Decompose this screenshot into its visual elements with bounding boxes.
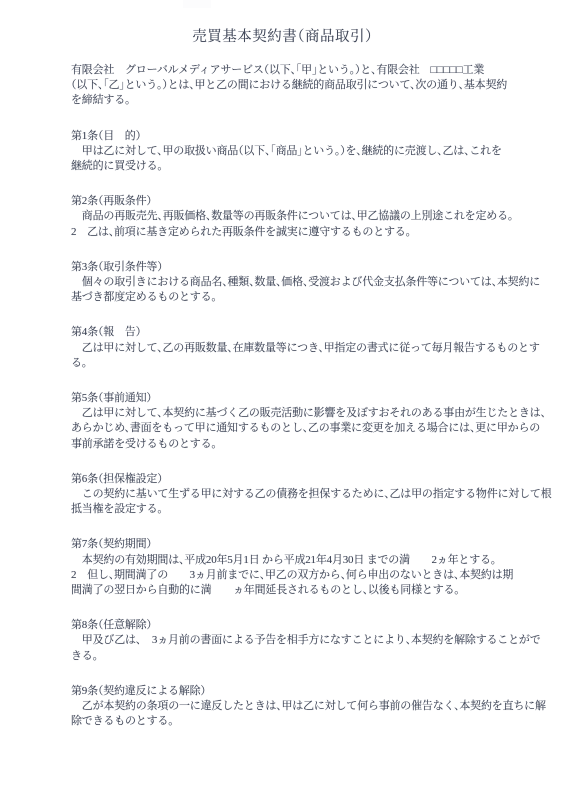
article-line: る。 (71, 356, 527, 371)
article-line: 間満了の翌日から自動的に満 ヵ年間延長されるものとし、以後も同様とする。 (71, 583, 527, 598)
article-heading: 第6条（担保権設定） (71, 472, 527, 487)
article-line: 継続的に買受ける。 (71, 159, 527, 174)
article-line: この契約に基いて生ずる甲に対する乙の債務を担保するために、乙は甲の指定する物件に… (71, 487, 527, 502)
article-heading: 第5条（事前通知） (71, 391, 527, 406)
article-line: 2 乙は、前項に基き定められた再販条件を誠実に遵守するものとする。 (71, 225, 527, 240)
article-line: 甲及び乙は、 3ヵ月前の書面による予告を相手方になすことにより、本契約を解除する… (71, 633, 527, 648)
article-heading: 第9条（契約違反による解除） (71, 684, 527, 699)
article-heading: 第8条（任意解除） (71, 618, 527, 633)
article: 第9条（契約違反による解除） 乙が本契約の条項の一に違反したときは、甲は乙に対し… (71, 684, 527, 730)
articles: 第1条（目 的） 甲は乙に対して、甲の取扱い商品（以下、「商品」という。）を、継… (71, 129, 527, 730)
article: 第4条（報 告） 乙は甲に対して、乙の再販数量、在庫数量等につき、甲指定の書式に… (71, 325, 527, 371)
article: 第2条（再販条件） 商品の再販売先、再販価格、数量等の再販条件については、甲乙協… (71, 194, 527, 240)
article-line: 除できるものとする。 (71, 714, 527, 729)
article: 第8条（任意解除） 甲及び乙は、 3ヵ月前の書面による予告を相手方になすことによ… (71, 618, 527, 664)
article-line: 乙は甲に対して、乙の再販数量、在庫数量等につき、甲指定の書式に従って毎月報告する… (71, 341, 527, 356)
article: 第7条（契約期間） 本契約の有効期間は、平成20年5月1日 から平成21年4月3… (71, 537, 527, 598)
article-line: 甲は乙に対して、甲の取扱い商品（以下、「商品」という。）を、継続的に売渡し、乙は… (71, 144, 527, 159)
article-heading: 第1条（目 的） (71, 129, 527, 144)
article-heading: 第4条（報 告） (71, 325, 527, 340)
article-line: 本契約の有効期間は、平成20年5月1日 から平成21年4月30日 までの満 2ヵ… (71, 553, 527, 568)
preamble-line: （以下、「乙」という。）とは、甲と乙の間における継続的商品取引について、次の通り… (71, 78, 527, 93)
article-line: 抵当権を設定する。 (71, 502, 527, 517)
article-line: 乙が本契約の条項の一に違反したときは、甲は乙に対して何ら事前の催告なく、本契約を… (71, 699, 527, 714)
contract-document-page: 売買基本契約書（商品取引） 有限会社 グローバルメディアサービス（以下、「甲」と… (0, 0, 565, 800)
article-heading: 第3条（取引条件等） (71, 260, 527, 275)
article-line: 事前承諾を受けるものとする。 (71, 437, 527, 452)
article-line: きる。 (71, 649, 527, 664)
preamble-line: 有限会社 グローバルメディアサービス（以下、「甲」という。）と、有限会社 □□□… (71, 63, 527, 78)
preamble-line: を締結する。 (71, 93, 527, 108)
article-line: 基づき都度定めるものとする。 (71, 290, 527, 305)
article: 第3条（取引条件等） 個々の取引きにおける商品名、種類、数量、価格、受渡および代… (71, 260, 527, 306)
article: 第6条（担保権設定） この契約に基いて生ずる甲に対する乙の債務を担保するために、… (71, 472, 527, 518)
scan-artifact (183, 0, 211, 8)
preamble: 有限会社 グローバルメディアサービス（以下、「甲」という。）と、有限会社 □□□… (71, 63, 527, 109)
article-line: あらかじめ、書面をもって甲に通知するものとし、乙の事業に変更を加える場合には、更… (71, 421, 527, 436)
article-line: 商品の再販売先、再販価格、数量等の再販条件については、甲乙協議の上別途これを定め… (71, 209, 527, 224)
article-heading: 第7条（契約期間） (71, 537, 527, 552)
article-heading: 第2条（再販条件） (71, 194, 527, 209)
article-line: 個々の取引きにおける商品名、種類、数量、価格、受渡および代金支払条件等については… (71, 275, 527, 290)
article: 第1条（目 的） 甲は乙に対して、甲の取扱い商品（以下、「商品」という。）を、継… (71, 129, 527, 175)
article-line: 2 但し、期間満了の 3ヵ月前までに、甲乙の双方から、何ら申出のないときは、本契… (71, 568, 527, 583)
document-title: 売買基本契約書（商品取引） (10, 27, 555, 48)
article-line: 乙は甲に対して、本契約に基づく乙の販売活動に影響を及ぼすおそれのある事由が生じた… (71, 406, 527, 421)
article: 第5条（事前通知） 乙は甲に対して、本契約に基づく乙の販売活動に影響を及ぼすおそ… (71, 391, 527, 452)
